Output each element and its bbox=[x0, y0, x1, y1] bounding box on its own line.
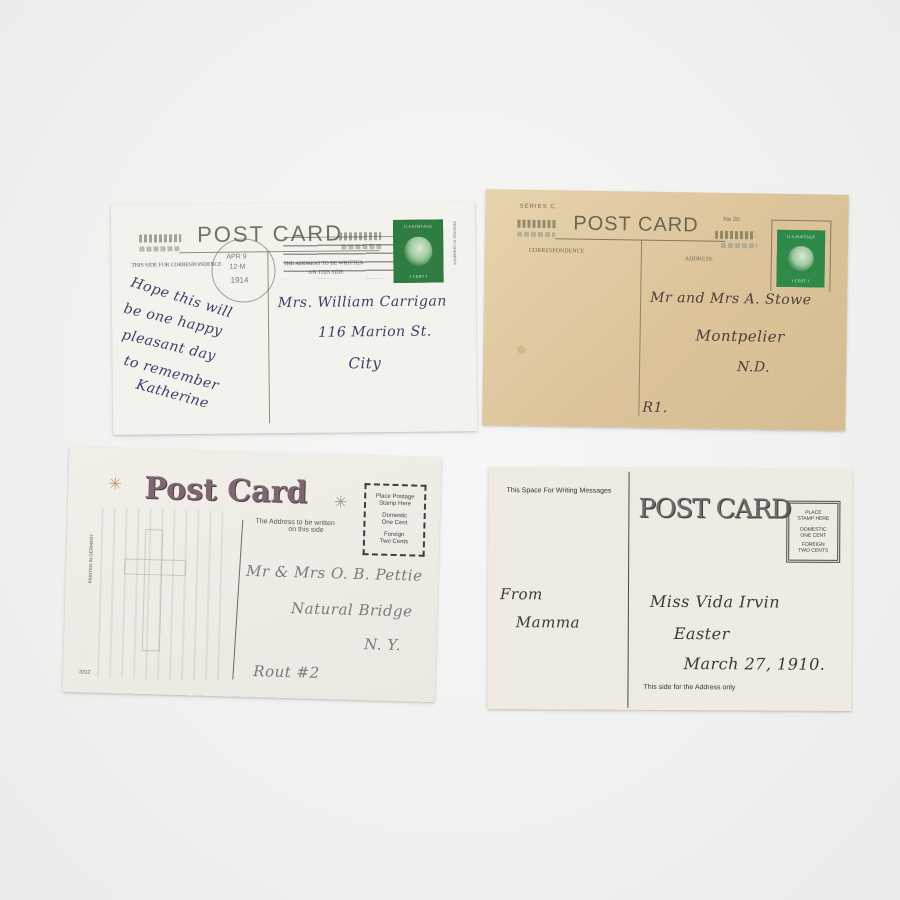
address-line: City bbox=[348, 354, 381, 372]
correspondence-label: CORRESPONDENCE bbox=[529, 248, 584, 255]
postcard-bottom-left: ✳ Post Card ✳ The Address to be written … bbox=[63, 447, 442, 702]
address-line: Rout #2 bbox=[253, 662, 320, 682]
ornament bbox=[721, 243, 757, 249]
postcard-header: POST CARD bbox=[573, 213, 699, 238]
asterisk-icon: ✳ bbox=[334, 492, 348, 512]
series-label: SERIES C. bbox=[520, 204, 559, 211]
postcard-top-left: POST CARD THIS SIDE FOR CORRESPONDENCE T… bbox=[111, 201, 477, 435]
postcard-header: Post Card bbox=[144, 471, 308, 511]
printed-in-germany: PRINTED IN GERMANY bbox=[452, 221, 457, 265]
address-only-label: This side for the Address only bbox=[643, 684, 735, 691]
address-line: March 27, 1910. bbox=[684, 654, 826, 674]
message-line: From bbox=[500, 585, 543, 603]
address-line: 116 Marion St. bbox=[318, 324, 432, 341]
address-line: Mr and Mrs A. Stowe bbox=[650, 290, 812, 309]
ornament bbox=[139, 246, 179, 251]
address-line: N. Y. bbox=[364, 635, 401, 654]
ornament bbox=[517, 232, 555, 238]
center-divider bbox=[232, 520, 243, 680]
postmark: APR 9 12-M 1914 bbox=[211, 238, 276, 303]
address-line: Easter bbox=[674, 624, 730, 643]
address-line: Mr & Mrs O. B. Pettie bbox=[246, 562, 423, 585]
postage-stamp: U.S.POSTAGE 1 CENT 1 bbox=[393, 219, 444, 283]
address-line: Mrs. William Carrigan bbox=[278, 293, 447, 311]
stain bbox=[517, 346, 525, 354]
cancellation-lines bbox=[283, 236, 393, 279]
address-line: Natural Bridge bbox=[291, 599, 413, 620]
faded-message-scribbles bbox=[87, 508, 232, 682]
address-line: N.D. bbox=[737, 359, 770, 376]
address-label: ADDRESS. bbox=[685, 256, 714, 262]
ornament bbox=[715, 231, 755, 240]
correspondence-label: THIS SIDE FOR CORRESPONDENCE bbox=[131, 262, 221, 269]
center-divider bbox=[627, 472, 629, 708]
postage-stamp: U.S.POSTAGE 1 CENT 1 bbox=[776, 230, 825, 288]
message-line: Mamma bbox=[516, 613, 580, 631]
message-space-label: This Space For Writing Messages bbox=[506, 487, 611, 495]
postcard-top-right: SERIES C. No 20. POST CARD CORRESPONDENC… bbox=[482, 189, 849, 431]
address-label: The Address to be written on this side bbox=[255, 518, 335, 534]
center-divider bbox=[638, 240, 642, 416]
ornament bbox=[139, 234, 181, 242]
handwritten-note: R1. bbox=[642, 400, 668, 416]
asterisk-icon: ✳ bbox=[108, 474, 122, 494]
postcard-bottom-right: This Space For Writing Messages POST CAR… bbox=[487, 467, 852, 711]
washington-portrait-icon bbox=[788, 246, 814, 272]
ornament bbox=[517, 220, 557, 229]
washington-portrait-icon bbox=[405, 237, 433, 266]
address-line: Montpelier bbox=[695, 326, 784, 345]
address-line: Miss Vida Irvin bbox=[650, 592, 780, 612]
stamp-placeholder-box: Place Postage Stamp Here Domestic One Ce… bbox=[363, 483, 427, 557]
postcard-header: POST CARD bbox=[638, 494, 790, 525]
card-number: No 20. bbox=[723, 217, 741, 223]
stamp-placeholder-box: PLACE STAMP HERE DOMESTIC ONE CENT FOREI… bbox=[786, 501, 840, 563]
